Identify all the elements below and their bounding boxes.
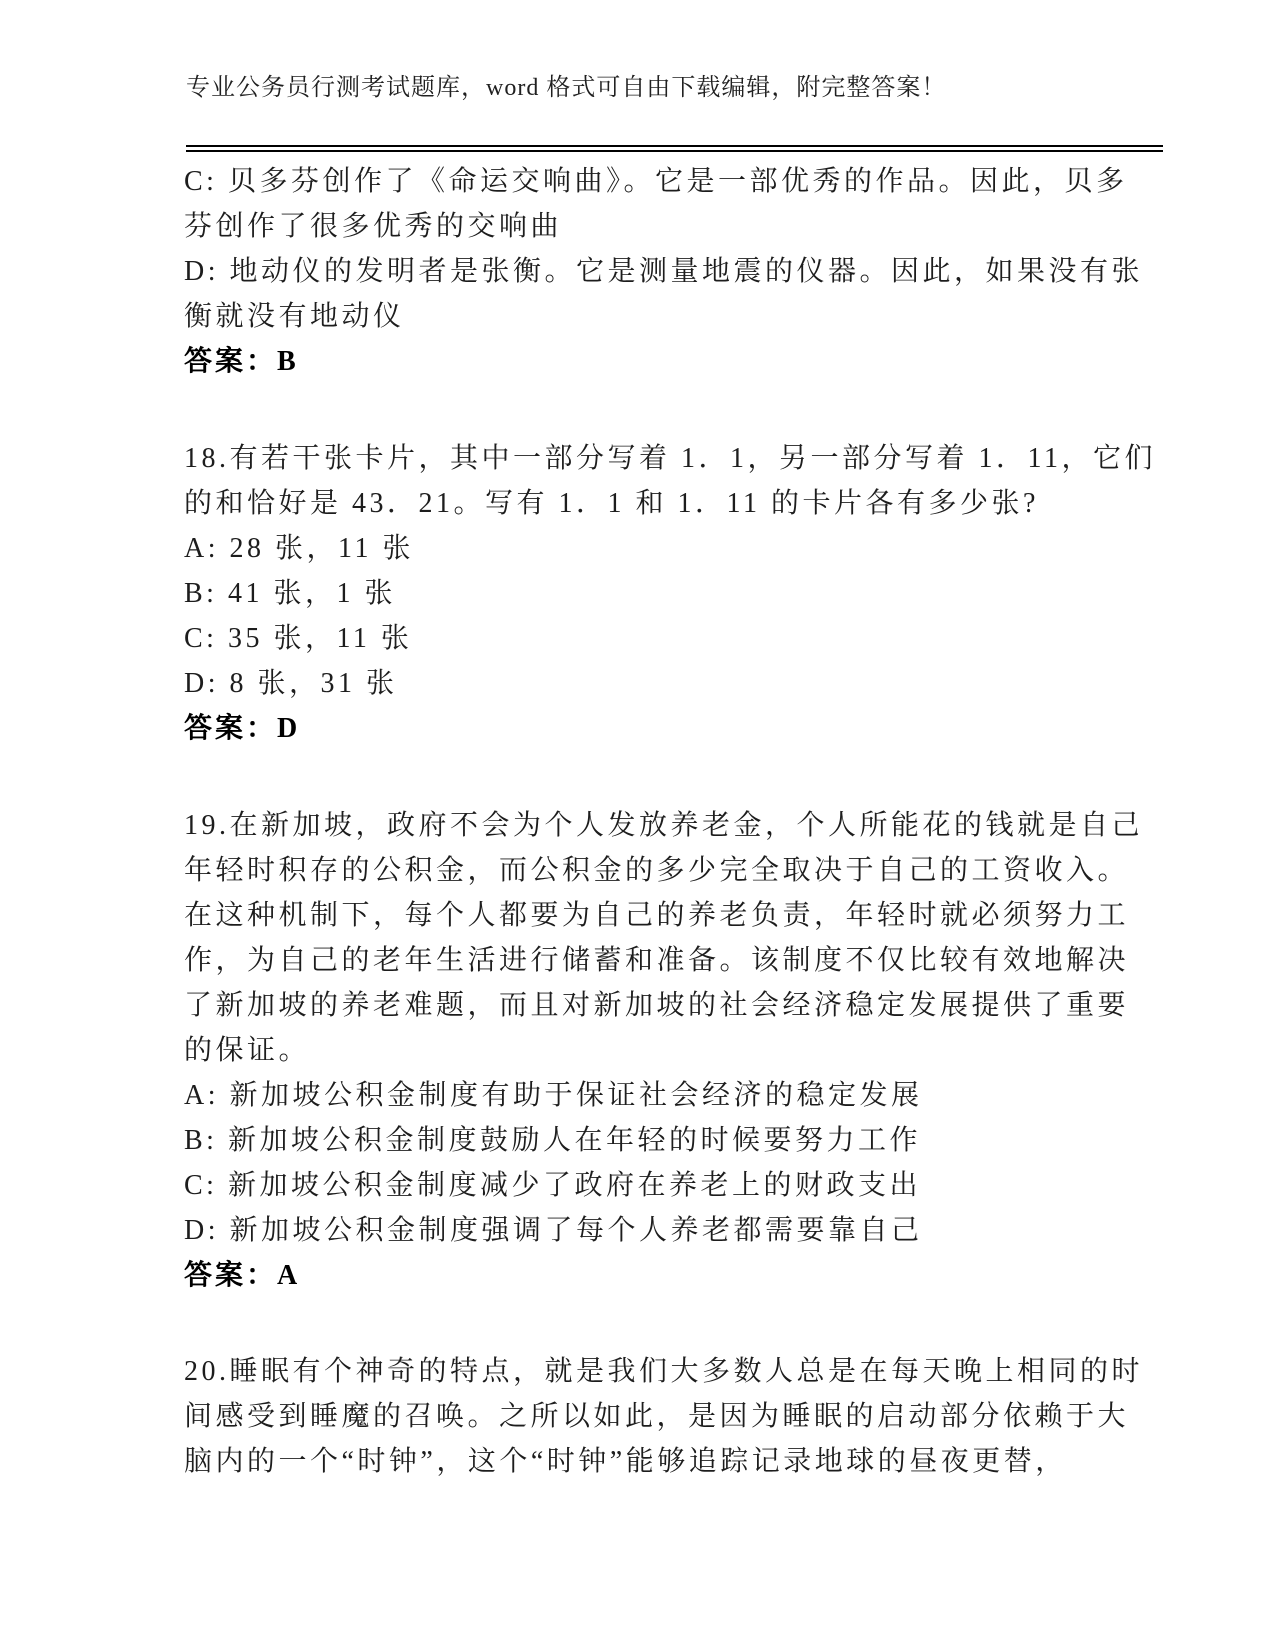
q18-option-d: D: 8 张，31 张 [184, 661, 1204, 706]
q19-option-a: A: 新加坡公积金制度有助于保证社会经济的稳定发展 [184, 1073, 1204, 1118]
q18-stem: 18.有若干张卡片，其中一部分写着 1．1，另一部分写着 1．11，它们 的和恰… [184, 436, 1204, 526]
header-slogan-text: 专业公务员行测考试题库，word 格式可自由下载编辑，附完整答案！ [186, 73, 1163, 103]
q19-answer: 答案：A [184, 1253, 1204, 1298]
page-header: 专业公务员行测考试题库，word 格式可自由下载编辑，附完整答案！ [186, 73, 1163, 152]
q19-option-c: C: 新加坡公积金制度减少了政府在养老上的财政支出 [184, 1163, 1204, 1208]
q18-option-b: B: 41 张，1 张 [184, 571, 1204, 616]
question-19: 19.在新加坡，政府不会为个人发放养老金，个人所能花的钱就是自己 年轻时积存的公… [184, 803, 1204, 1298]
q19-option-b: B: 新加坡公积金制度鼓励人在年轻的时候要努力工作 [184, 1118, 1204, 1163]
document-page: 专业公务员行测考试题库，word 格式可自由下载编辑，附完整答案！ C: 贝多芬… [0, 0, 1275, 1650]
question-18: 18.有若干张卡片，其中一部分写着 1．1，另一部分写着 1．11，它们 的和恰… [184, 436, 1204, 751]
q19-option-d: D: 新加坡公积金制度强调了每个人养老都需要靠自己 [184, 1208, 1204, 1253]
question-17-remainder: C: 贝多芬创作了《命运交响曲》。它是一部优秀的作品。因此，贝多 芬创作了很多优… [184, 159, 1204, 384]
q17-option-d: D: 地动仪的发明者是张衡。它是测量地震的仪器。因此，如果没有张 衡就没有地动仪 [184, 249, 1204, 339]
q17-answer: 答案：B [184, 339, 1204, 384]
header-divider-line [186, 145, 1163, 152]
q18-answer: 答案：D [184, 706, 1204, 751]
q19-stem: 19.在新加坡，政府不会为个人发放养老金，个人所能花的钱就是自己 年轻时积存的公… [184, 803, 1204, 1073]
q17-option-c: C: 贝多芬创作了《命运交响曲》。它是一部优秀的作品。因此，贝多 芬创作了很多优… [184, 159, 1204, 249]
q18-option-a: A: 28 张，11 张 [184, 526, 1204, 571]
question-20: 20.睡眠有个神奇的特点，就是我们大多数人总是在每天晚上相同的时 间感受到睡魔的… [184, 1349, 1204, 1484]
q20-stem: 20.睡眠有个神奇的特点，就是我们大多数人总是在每天晚上相同的时 间感受到睡魔的… [184, 1349, 1204, 1484]
q18-option-c: C: 35 张，11 张 [184, 616, 1204, 661]
